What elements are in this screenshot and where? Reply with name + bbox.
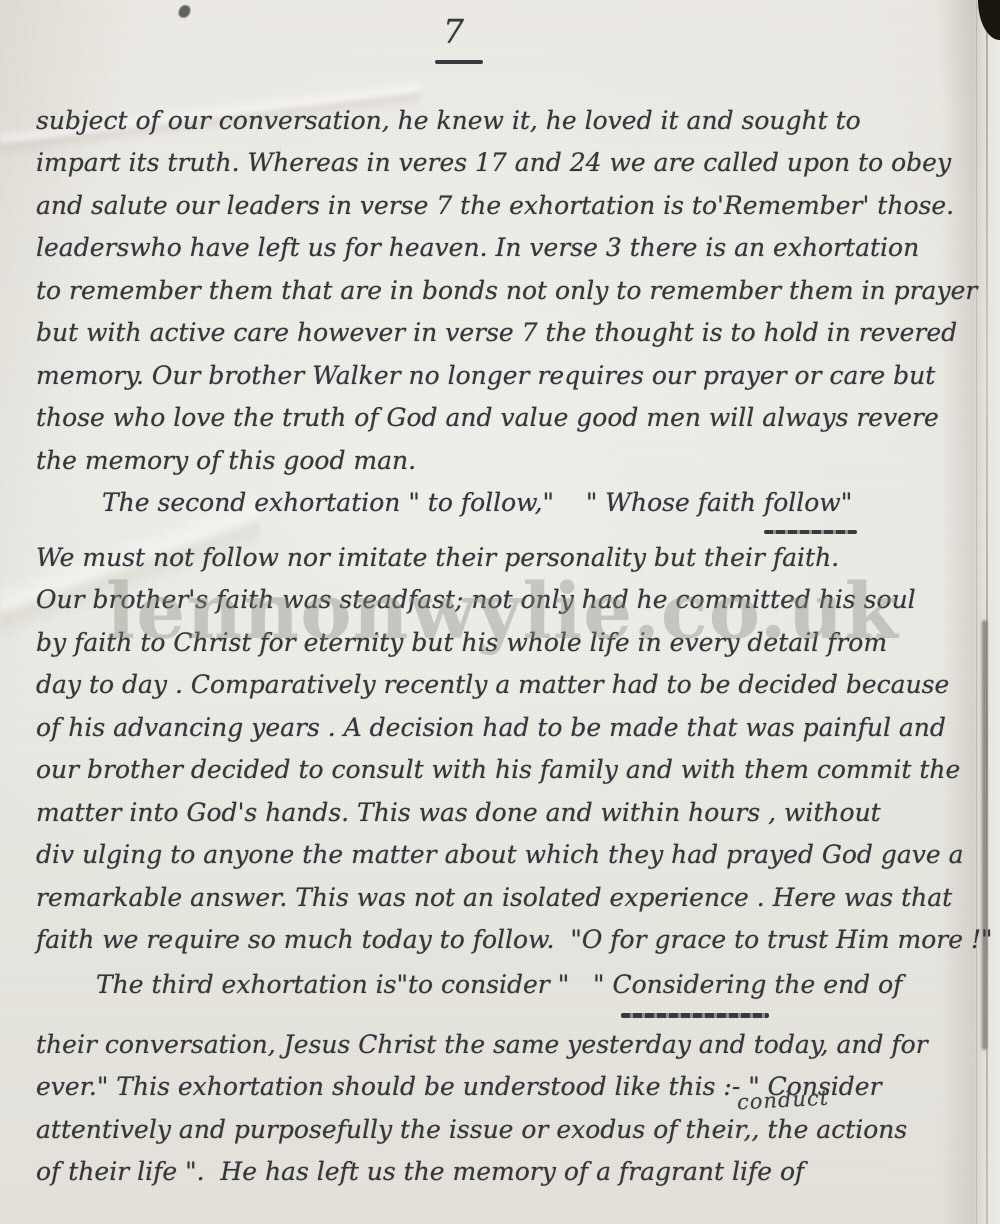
text-line: subject of our conversation, he knew it,…	[36, 106, 861, 142]
text-line: attentively and purposefully the issue o…	[36, 1115, 907, 1151]
text-line: matter into God's hands. This was done a…	[36, 798, 881, 834]
text-line: to remember them that are in bonds not o…	[36, 276, 977, 312]
text-line: faith we require so much today to follow…	[36, 925, 993, 961]
text-line: remarkable answer. This was not an isola…	[36, 883, 952, 919]
text-line: their conversation, Jesus Christ the sam…	[36, 1030, 928, 1066]
text-line: of his advancing years . A decision had …	[36, 713, 946, 749]
text-line: Our brother's faith was steadfast; not o…	[36, 585, 916, 621]
ink-smudge	[177, 4, 191, 20]
text-line: by faith to Christ for eternity but his …	[36, 628, 887, 664]
page-number-underline	[435, 60, 483, 64]
text-line-third-exhortation: The third exhortation is"to consider " "…	[96, 970, 902, 1006]
text-line: of their life ". He has left us the memo…	[36, 1157, 804, 1193]
scan-corner-black	[978, 0, 1000, 40]
scanned-document-page: 7 subject of our conversation, he knew i…	[0, 0, 1000, 1224]
handwritten-annotation: conduct	[736, 1086, 829, 1115]
text-line: memory. Our brother Walker no longer req…	[36, 361, 935, 397]
text-line: impart its truth. Whereas in veres 17 an…	[36, 148, 951, 184]
underline-follow	[764, 530, 857, 534]
page-edge-dark-mark	[982, 620, 987, 1050]
underline-considering	[621, 1013, 769, 1018]
page-edge-line	[976, 0, 977, 1224]
text-line-second-exhortation: The second exhortation " to follow," " W…	[102, 488, 852, 524]
text-line: the memory of this good man.	[36, 446, 416, 482]
text-line: leaderswho have left us for heaven. In v…	[36, 233, 919, 269]
page-number: 7	[443, 12, 464, 51]
text-line: but with active care however in verse 7 …	[36, 318, 957, 354]
text-line: and salute our leaders in verse 7 the ex…	[36, 191, 954, 227]
text-line: those who love the truth of God and valu…	[36, 403, 939, 439]
text-line: We must not follow nor imitate their per…	[36, 543, 839, 579]
text-line: our brother decided to consult with his …	[36, 755, 960, 791]
text-line: div ulging to anyone the matter about wh…	[36, 840, 964, 876]
text-line: day to day . Comparatively recently a ma…	[36, 670, 949, 706]
